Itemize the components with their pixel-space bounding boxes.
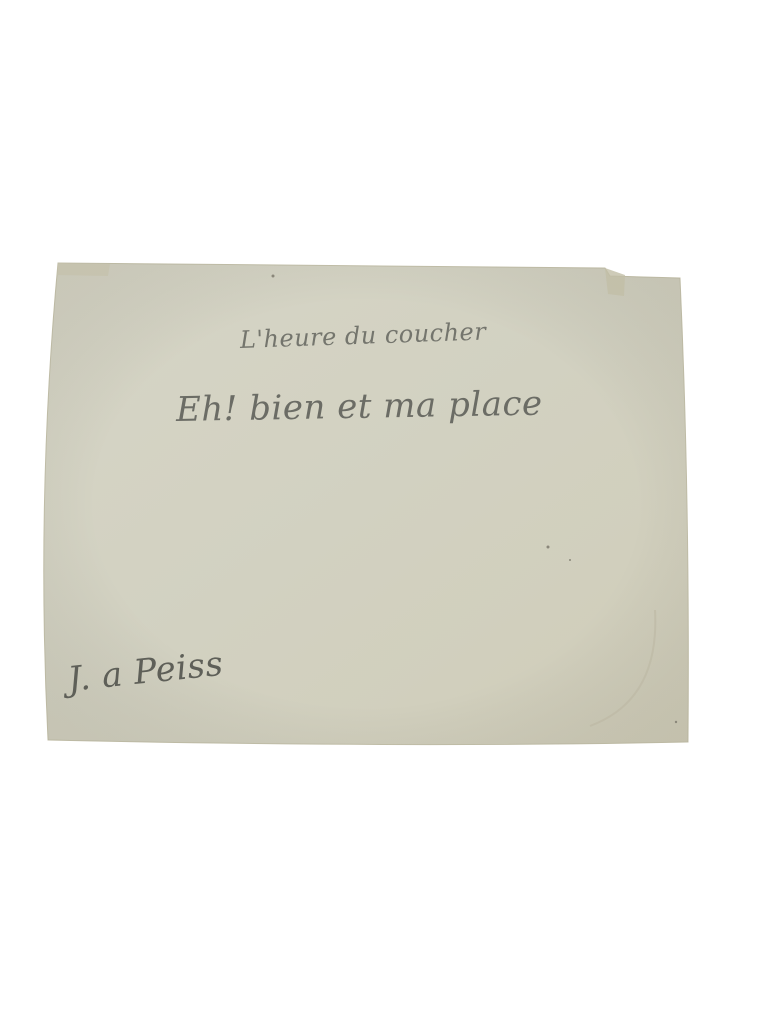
inscription-caption: Eh! bien et ma place bbox=[176, 384, 543, 430]
photo-scene: L'heure du coucher Eh! bien et ma place … bbox=[0, 0, 768, 1024]
card-back bbox=[0, 0, 768, 1024]
